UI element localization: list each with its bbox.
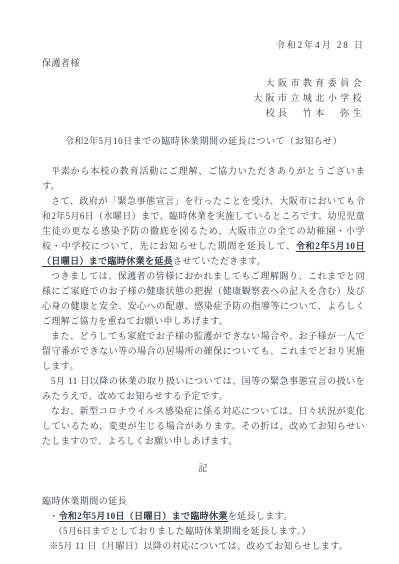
body-paragraph: さて、政府が「緊急事態宣言」を行ったことを受け、大阪市においても令和2年5月6日… [42, 194, 365, 269]
date-line: 令和2年4月 28 日 [42, 38, 365, 53]
recipient-line: 保護者様 [42, 56, 365, 71]
notice-lines: ・令和2年5月10日（日曜日）まで臨時休業を延長します。（5月6日までとしており… [42, 509, 365, 554]
text-segment: させていただきます。 [173, 256, 266, 266]
body-paragraphs: 平素から本校の教育活動にご理解、ご協力いただきありがとうございます。さて、政府が… [42, 164, 365, 449]
text-segment: 5月 11 日以降の休業の取り扱いについては、国等の緊急事態宣言の扱いをみたうえ… [42, 376, 365, 401]
sender-line: 校長 竹本 弥生 [42, 106, 365, 121]
document-page: 令和2年4月 28 日 保護者様 大阪市教育委員会大阪市立城北小学校校長 竹本 … [0, 0, 399, 564]
text-segment: また、どうしても家庭でお子様の監護ができない場合や、お子様が一人で留守番ができな… [42, 331, 365, 371]
text-segment: つきましては、保護者の皆様におかれましてもご理解賜り、これまでと同様にご家庭での… [42, 271, 365, 326]
body-paragraph: なお、新型コロナウイルス感染症に係る対応については、日々状況が変化しているため、… [42, 404, 365, 449]
text-segment: ※5月 11 日（月曜日）以降の対応については、改めてお知らせします。 [49, 541, 348, 551]
notice-line: （5月6日までとしておりました臨時休業期間を延長します。） [42, 524, 365, 539]
body-paragraph: 5月 11 日以降の休業の取り扱いについては、国等の緊急事態宣言の扱いをみたうえ… [42, 374, 365, 404]
body-paragraph: また、どうしても家庭でお子様の監護ができない場合や、お子様が一人で留守番ができな… [42, 329, 365, 374]
record-marker: 記 [42, 461, 365, 476]
notice-line: ・令和2年5月10日（日曜日）まで臨時休業を延長します。 [42, 509, 365, 524]
text-segment: （5月6日までとしておりました臨時休業期間を延長します。） [54, 526, 311, 536]
document-title: 令和2年5月10日までの臨時休業期間の延長について（お知らせ） [42, 134, 365, 149]
body-paragraph: 平素から本校の教育活動にご理解、ご協力いただきありがとうございます。 [42, 164, 365, 194]
notice-line: ※5月 11 日（月曜日）以降の対応については、改めてお知らせします。 [42, 539, 365, 554]
text-segment: なお、新型コロナウイルス感染症に係る対応については、日々状況が変化しているため、… [42, 406, 365, 446]
text-segment: ・ [49, 511, 58, 521]
document-content: 令和2年4月 28 日 保護者様 大阪市教育委員会大阪市立城北小学校校長 竹本 … [0, 0, 399, 554]
text-segment: 平素から本校の教育活動にご理解、ご協力いただきありがとうございます。 [42, 166, 365, 191]
sender-line: 大阪市教育委員会 [42, 76, 365, 91]
sender-line: 大阪市立城北小学校 [42, 91, 365, 106]
text-segment: 令和2年5月10日（日曜日）まで臨時休業 [59, 511, 228, 521]
notice-heading: 臨時休業期間の延長 [42, 494, 365, 509]
notice-section: 臨時休業期間の延長 ・令和2年5月10日（日曜日）まで臨時休業を延長します。（5… [42, 494, 365, 554]
body-paragraph: つきましては、保護者の皆様におかれましてもご理解賜り、これまでと同様にご家庭での… [42, 269, 365, 329]
sender-block: 大阪市教育委員会大阪市立城北小学校校長 竹本 弥生 [42, 76, 365, 121]
text-segment: を延長します。 [228, 511, 293, 521]
